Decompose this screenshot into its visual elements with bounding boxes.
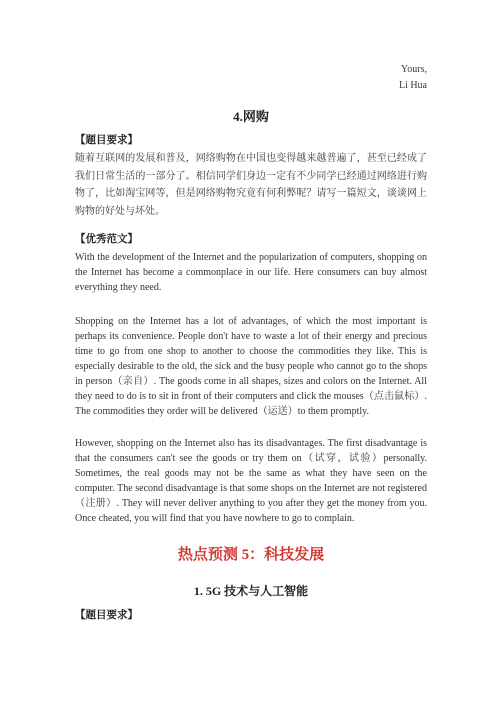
subtopic-heading: 1. 5G 技术与人工智能 [75,583,427,599]
essay-paragraph-2: Shopping on the Internet has a lot of ad… [75,314,427,419]
letter-closing: Yours, Li Hua [75,62,427,94]
essay-paragraph-3: However, shopping on the Internet also h… [75,436,427,526]
closing-signature: Li Hua [75,78,427,94]
essay-title: 4.网购 [75,108,427,126]
hot-topic-heading: 热点预测 5：科技发展 [75,545,427,565]
section-header-requirements-2: 【题目要求】 [75,609,427,623]
section-header-sample-essay: 【优秀范文】 [75,233,427,247]
requirements-text: 随着互联网的发展和普及，网络购物在中国也变得越来越普遍了，甚至已经成了我们日常生… [75,150,427,220]
essay-paragraph-1: With the development of the Internet and… [75,250,427,295]
section-header-requirements: 【题目要求】 [75,134,427,148]
document-page: Yours, Li Hua 4.网购 【题目要求】 随着互联网的发展和普及，网络… [0,0,500,707]
closing-yours: Yours, [75,62,427,78]
